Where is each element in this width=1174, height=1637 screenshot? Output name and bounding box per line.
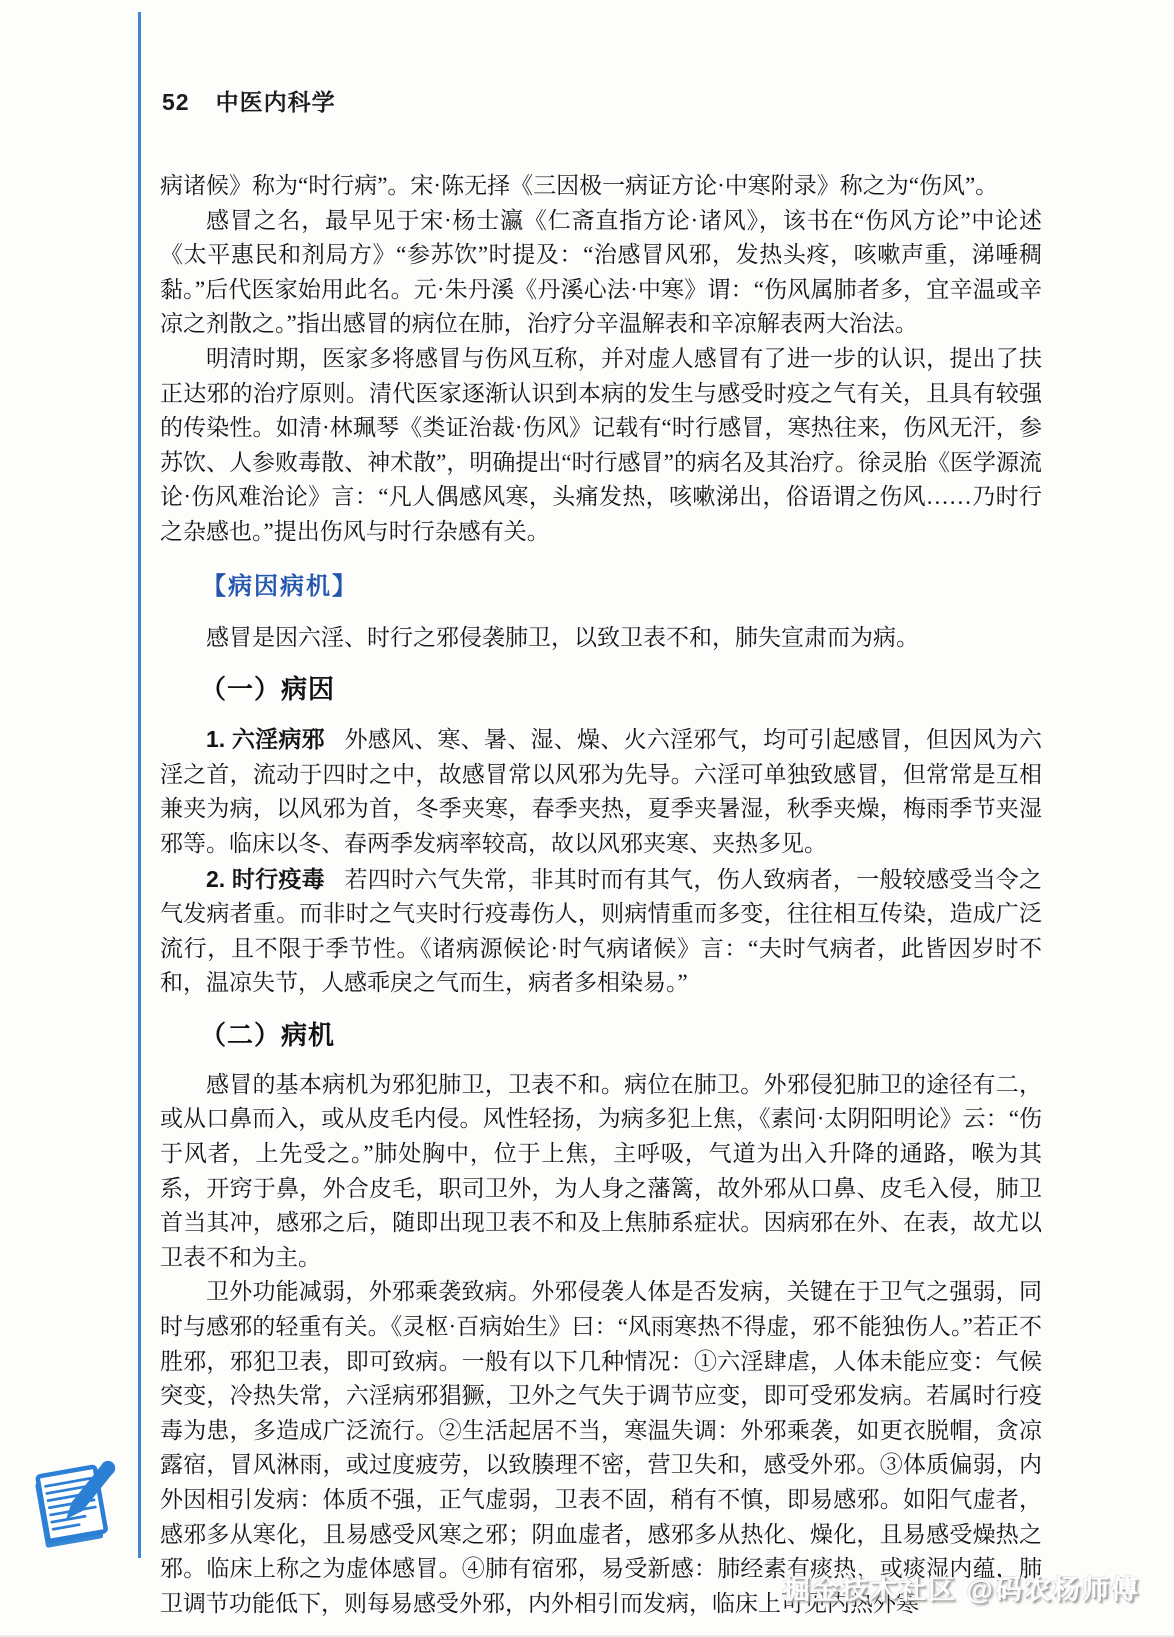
subsection-heading-etiology: （一）病因 bbox=[160, 669, 1042, 706]
left-margin-rule bbox=[138, 12, 141, 1558]
page-number: 52 bbox=[162, 89, 190, 115]
section-heading-etiology-pathogenesis: 【病因病机】 bbox=[160, 566, 1042, 601]
paragraph-name-origin: 感冒之名，最早见于宋·杨士瀛《仁斋直指方论·诸风》，该书在“伤风方论”中论述《太… bbox=[160, 204, 1042, 342]
paragraph-overview: 感冒是因六淫、时行之邪侵袭肺卫，以致卫表不和，肺失宣肃而为病。 bbox=[160, 621, 1042, 656]
subsection-heading-pathogenesis: （二）病机 bbox=[160, 1015, 1042, 1052]
item1-label: 1. 六淫病邪 bbox=[206, 726, 325, 752]
watermark: 掘金技术社区 @码农杨师傅 bbox=[783, 1568, 1140, 1607]
paragraph-continued: 病诸候》称为“时行病”。宋·陈无择《三因极一病证方论·中寒附录》称之为“伤风”。 bbox=[160, 169, 1042, 204]
paragraph-pathogenesis-1: 感冒的基本病机为邪犯肺卫，卫表不和。病位在肺卫。外邪侵犯肺卫的途径有二，或从口鼻… bbox=[160, 1068, 1042, 1276]
paragraph-six-excesses: 1. 六淫病邪外感风、寒、暑、湿、燥、火六淫邪气，均可引起感冒，但因风为六淫之首… bbox=[160, 722, 1042, 861]
running-header: 52中医内科学 bbox=[162, 84, 1042, 117]
page-content: 52中医内科学 病诸候》称为“时行病”。宋·陈无择《三因极一病证方论·中寒附录》… bbox=[160, 84, 1042, 1621]
paragraph-mingqing: 明清时期，医家多将感冒与伤风互称，并对虚人感冒有了进一步的认识，提出了扶正达邪的… bbox=[160, 342, 1042, 550]
notebook-pencil-icon bbox=[28, 1448, 128, 1552]
paragraph-seasonal-epidemic: 2. 时行疫毒若四时六气失常，非其时而有其气，伤人致病者，一般较感受当令之气发病… bbox=[160, 862, 1042, 1001]
book-title: 中医内科学 bbox=[216, 89, 336, 115]
item2-label: 2. 时行疫毒 bbox=[206, 866, 325, 892]
book-page: 52中医内科学 病诸候》称为“时行病”。宋·陈无择《三因极一病证方论·中寒附录》… bbox=[0, 0, 1174, 1637]
